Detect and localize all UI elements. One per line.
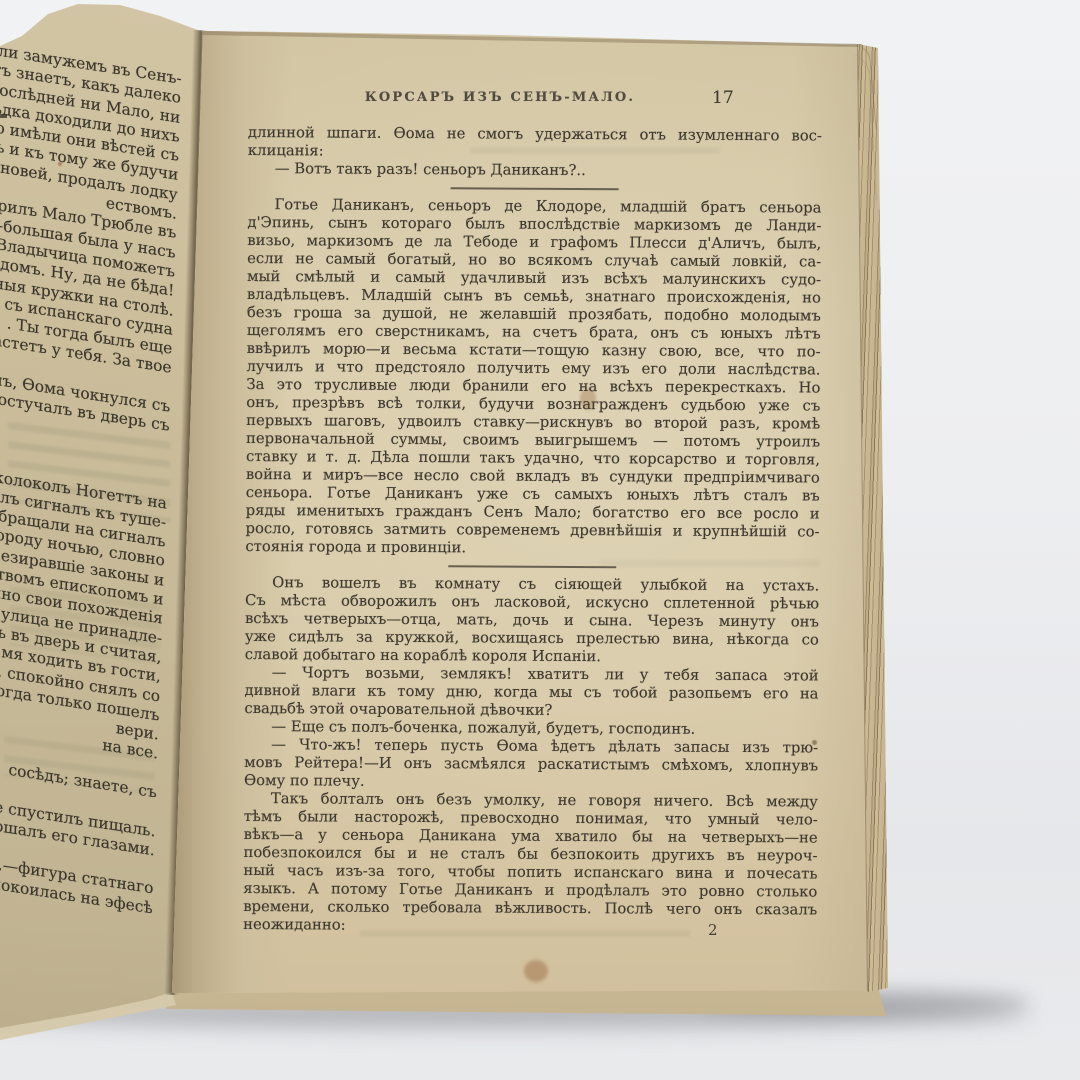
running-title: КОРСАРЪ ИЗЪ СЕНЪ-МАЛО. — [340, 90, 660, 105]
divider-line — [451, 187, 619, 190]
text-line: неожиданно: — [243, 916, 817, 938]
left-page-text: ыли замужемъ въ Сенъ-Богъ знаетъ, какъ д… — [0, 4, 182, 919]
page-number: 17 — [712, 88, 734, 108]
page-corner-fan — [824, 51, 877, 203]
divider-line — [448, 565, 616, 568]
right-page-text: длинной шпаги. Ѳома не смогъ удержаться … — [243, 124, 822, 937]
stain — [524, 960, 548, 982]
signature-mark: 2 — [708, 921, 718, 939]
photo-background: ыли замужемъ въ Сенъ-Богъ знаетъ, какъ д… — [0, 0, 1080, 1080]
torn-text-fragment — [0, 114, 7, 118]
